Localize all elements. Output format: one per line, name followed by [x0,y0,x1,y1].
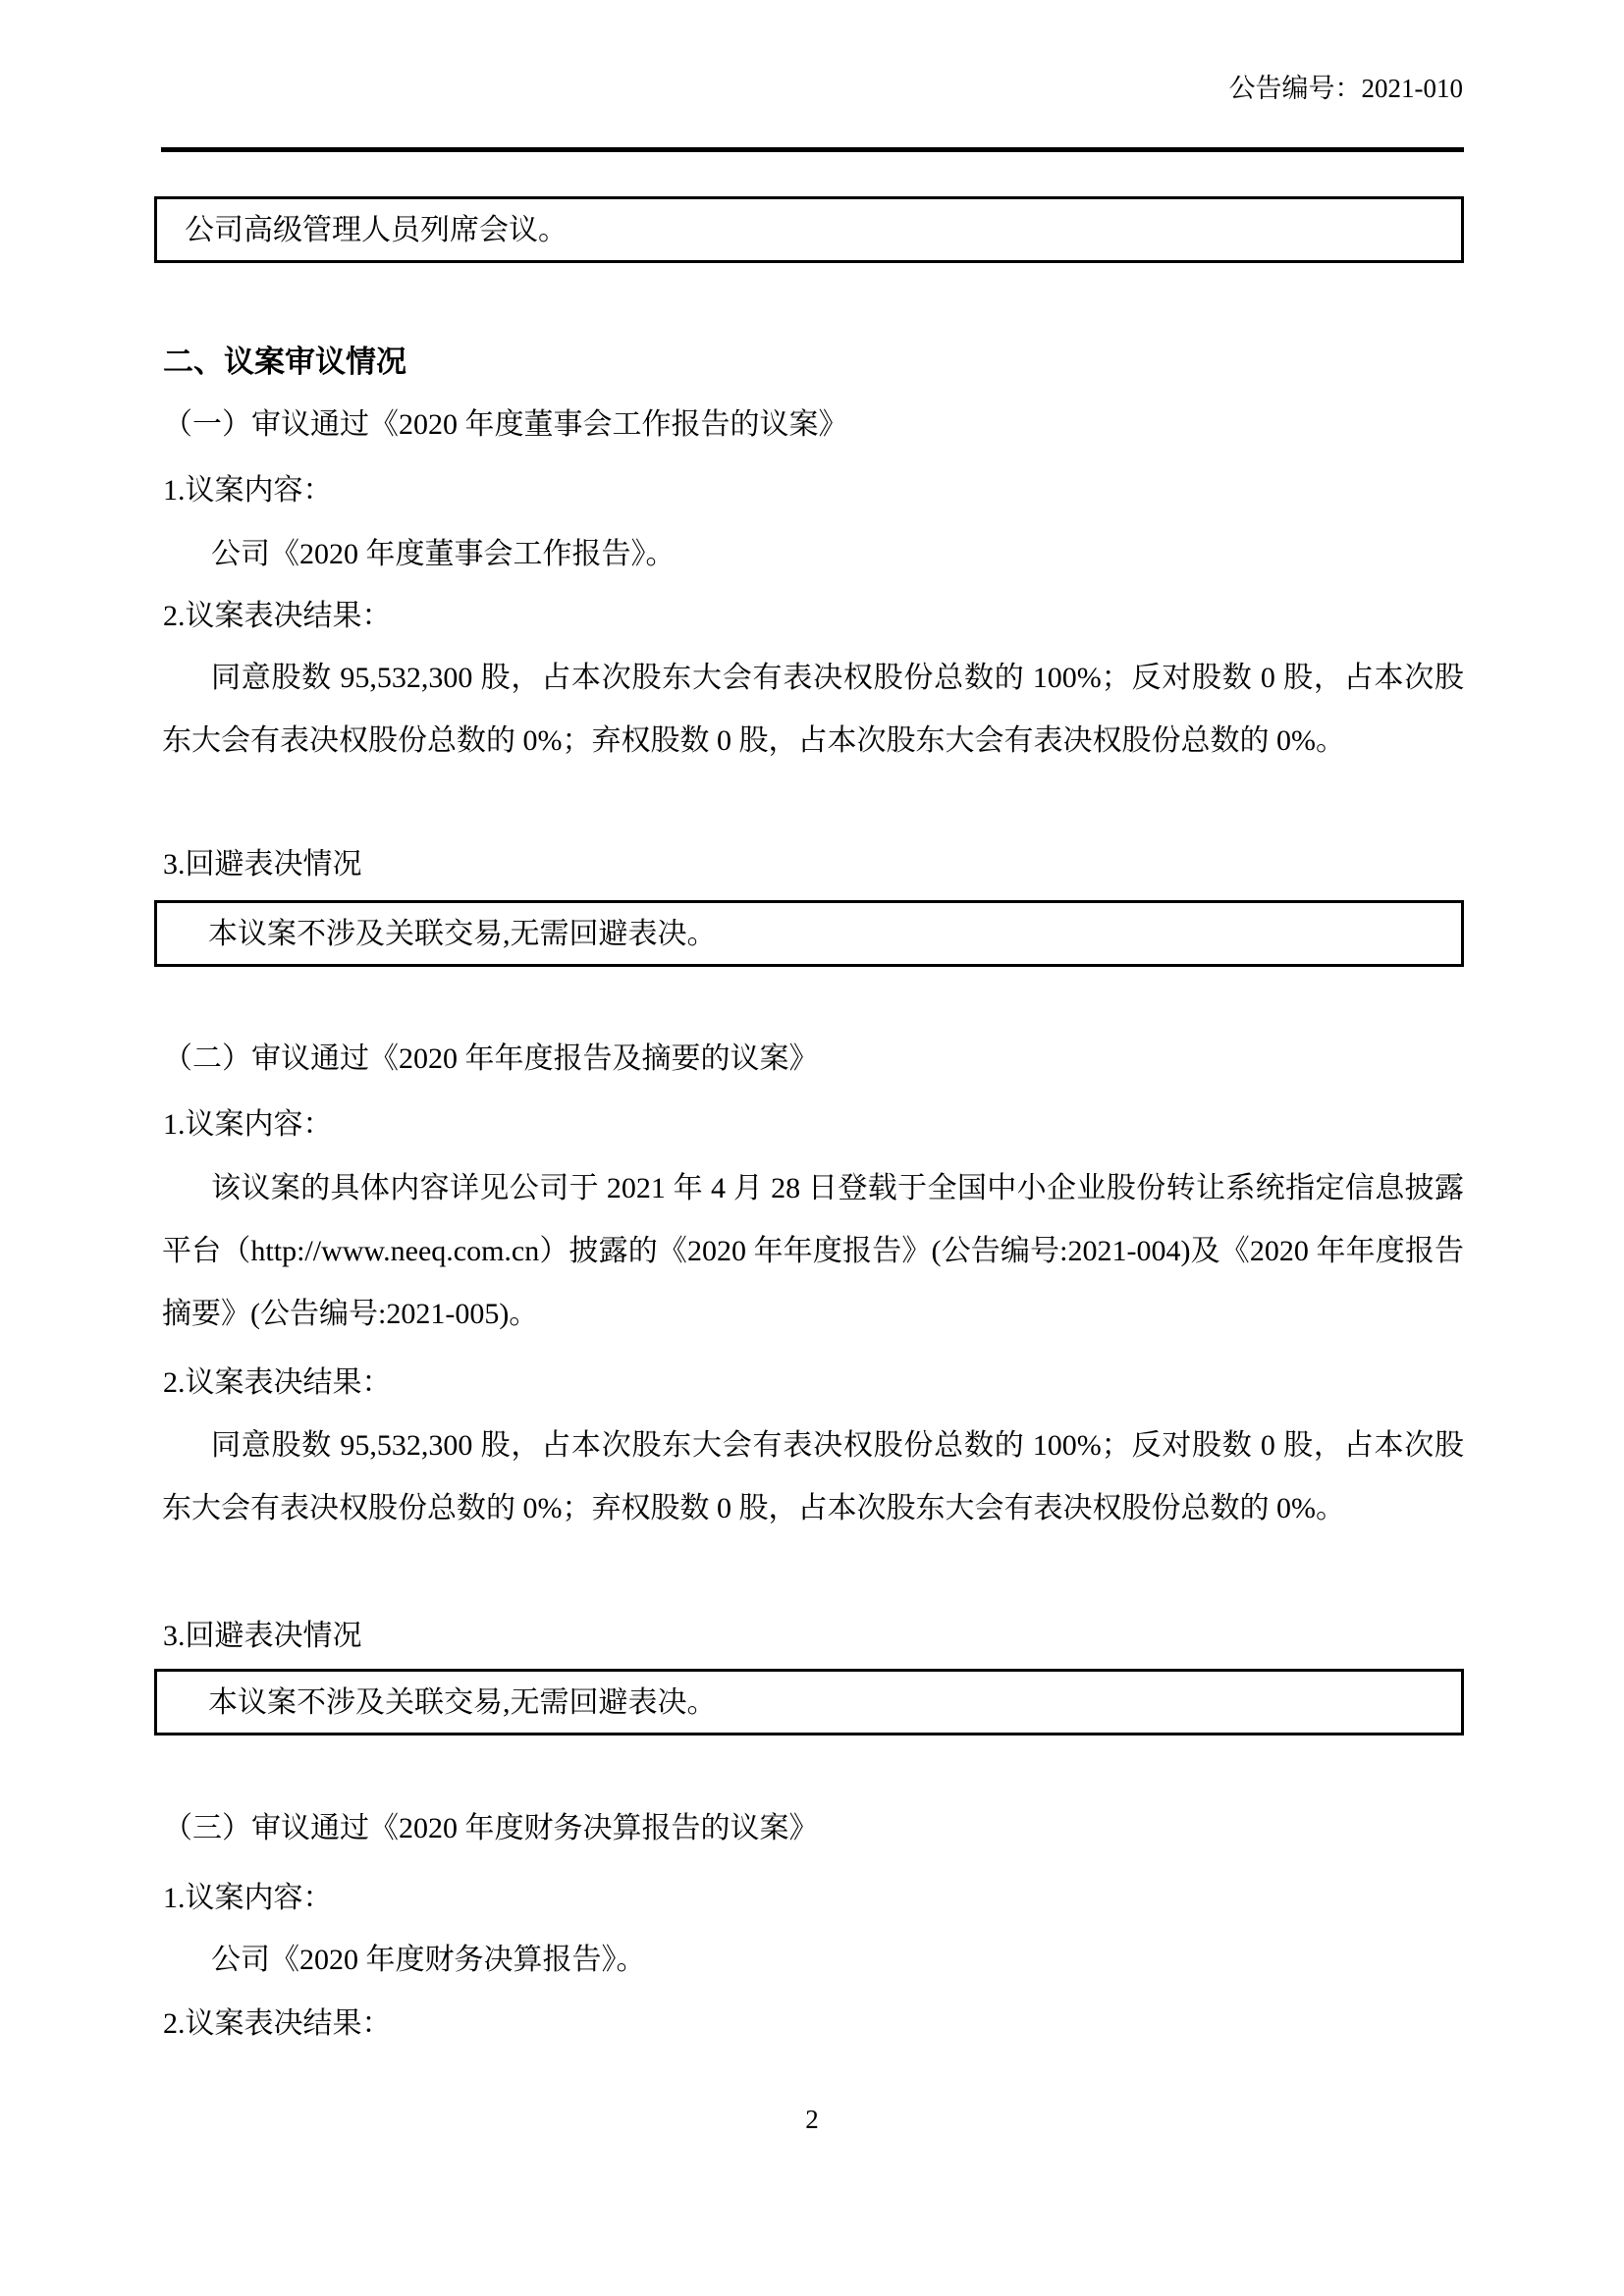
proposal-3-title: （三）审议通过《2020 年度财务决算报告的议案》 [163,1812,819,1846]
proposal-1-recusal-text: 本议案不涉及关联交易,无需回避表决。 [208,918,717,950]
proposal-2-vote-body: 同意股数 95,532,300 股，占本次股东大会有表决权股份总数的 100%；… [162,1415,1464,1540]
proposal-1-vote-label: 2.议案表决结果： [163,600,392,634]
proposal-3-content-label: 1.议案内容： [163,1882,333,1916]
proposal-2-recusal-text: 本议案不涉及关联交易,无需回避表决。 [208,1686,717,1719]
proposal-1-content-body: 公司《2020 年度董事会工作报告》。 [162,523,1464,586]
proposal-2-title: （二）审议通过《2020 年年度报告及摘要的议案》 [163,1042,819,1077]
carryover-box: 公司高级管理人员列席会议。 [154,196,1464,263]
document-page: 公告编号：2021-010 公司高级管理人员列席会议。 二、议案审议情况 （一）… [0,0,1624,2296]
proposal-1-title: （一）审议通过《2020 年度董事会工作报告的议案》 [163,408,848,443]
header-rule [161,147,1464,152]
proposal-3-vote-label: 2.议案表决结果： [163,2007,392,2042]
proposal-2-content-label: 1.议案内容： [163,1108,333,1143]
carryover-text: 公司高级管理人员列席会议。 [185,214,568,246]
proposal-2-recusal-box: 本议案不涉及关联交易,无需回避表决。 [154,1669,1464,1735]
announcement-number: 公告编号：2021-010 [1229,75,1464,104]
page-number: 2 [0,2106,1624,2135]
proposal-1-vote-body: 同意股数 95,532,300 股，占本次股东大会有表决权股份总数的 100%；… [162,647,1464,773]
proposal-1-recusal-label: 3.回避表决情况 [163,848,362,882]
section-heading: 二、议案审议情况 [163,345,406,380]
proposal-2-vote-label: 2.议案表决结果： [163,1366,392,1401]
proposal-2-content-body: 该议案的具体内容详见公司于 2021 年 4 月 28 日登载于全国中小企业股份… [162,1157,1464,1346]
proposal-3-content-body: 公司《2020 年度财务决算报告》。 [162,1929,1464,1992]
proposal-1-content-label: 1.议案内容： [163,474,333,508]
proposal-2-recusal-label: 3.回避表决情况 [163,1620,362,1654]
proposal-1-recusal-box: 本议案不涉及关联交易,无需回避表决。 [154,900,1464,967]
